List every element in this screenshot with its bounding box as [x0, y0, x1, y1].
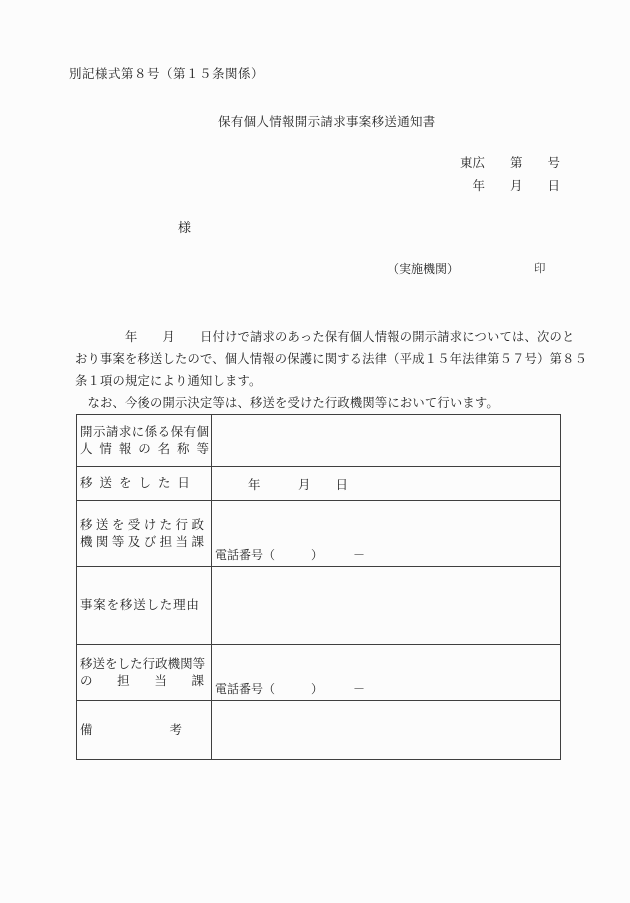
label-line: の担当課 [80, 673, 204, 690]
row-remarks-value [212, 701, 560, 759]
row-transfer-date-value: 年 月 日 [212, 467, 560, 501]
document-date-line: 年 月 日 [472, 176, 560, 194]
body-line: 条１項の規定により通知します。 [75, 370, 580, 392]
document-page: 別記様式第８号（第１５条関係） 保有個人情報開示請求事案移送通知書 東広 第 号… [0, 0, 630, 903]
label-line: 備考 [80, 722, 182, 739]
label-line: 事案を移送した理由 [80, 597, 199, 614]
addressee-honorific: 様 [178, 217, 191, 236]
row-transferring-agency-value: 電話番号（ ） － [212, 645, 560, 701]
document-number-line: 東広 第 号 [460, 153, 560, 171]
transfer-date-placeholder: 年 月 日 [212, 467, 560, 500]
form-table: 開示請求に係る保有個 人情報の名称等 移送をした日 年 月 日 移送を受けた行政… [76, 414, 561, 760]
row-disclosure-info-name-label: 開示請求に係る保有個 人情報の名称等 [77, 415, 212, 467]
row-receiving-agency-value: 電話番号（ ） － [212, 501, 560, 567]
label-line: 移送を受けた行政 [80, 517, 204, 534]
body-paragraph: 年 月 日付けで請求のあった保有個人情報の開示請求については、次のと おり事案を… [75, 326, 580, 414]
row-transferring-agency-label: 移送をした行政機関等 の担当課 [77, 645, 212, 701]
issuer-label: （実施機関） [387, 260, 459, 277]
page-title: 保有個人情報開示請求事案移送通知書 [218, 112, 436, 130]
row-transfer-reason-label: 事案を移送した理由 [77, 567, 212, 645]
label-line: 移送をした日 [80, 475, 190, 492]
phone-number-line: 電話番号（ ） － [215, 546, 365, 563]
body-line: おり事案を移送したので、個人情報の保護に関する法律（平成１５年法律第５７号）第８… [75, 348, 580, 370]
row-remarks-label: 備考 [77, 701, 212, 759]
label-line: 開示請求に係る保有個 [80, 424, 209, 441]
row-disclosure-info-name-value [212, 415, 560, 467]
phone-number-line: 電話番号（ ） － [215, 680, 365, 697]
row-transfer-date-label: 移送をした日 [77, 467, 212, 501]
label-line: 人情報の名称等 [80, 441, 209, 458]
body-line: 年 月 日付けで請求のあった保有個人情報の開示請求については、次のと [75, 326, 580, 348]
row-transfer-reason-value [212, 567, 560, 645]
label-line: 移送をした行政機関等 [80, 656, 204, 673]
form-reference: 別記様式第８号（第１５条関係） [69, 64, 264, 82]
body-line: なお、今後の開示決定等は、移送を受けた行政機関等において行います。 [75, 392, 580, 414]
seal-mark: 印 [534, 260, 546, 276]
label-line: 機関等及び担当課 [80, 534, 204, 551]
row-receiving-agency-label: 移送を受けた行政 機関等及び担当課 [77, 501, 212, 567]
